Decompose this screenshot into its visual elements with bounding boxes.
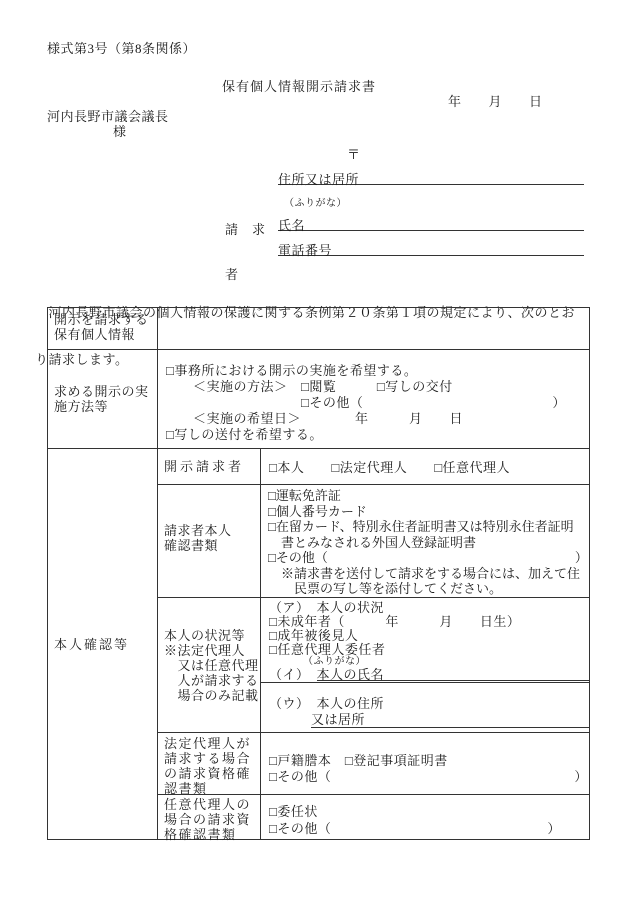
- row-method-label: 求める開示の実 施方法等: [48, 350, 158, 448]
- subrow-identity-docs: 請求者本人 確認書類 □運転免許証 □個人番号カード □在留カード、特別永住者証…: [158, 484, 589, 597]
- row-method-options: □事務所における開示の実施を希望する。 ＜実施の方法＞ □閲覧 □写しの交付 □…: [158, 350, 589, 448]
- principal-address-field-label: 又は居所: [311, 712, 589, 728]
- document-page: 様式第3号（第8条関係） 保有個人情報開示請求書 年 月 日 河内長野市議会議長…: [0, 0, 630, 903]
- method-option-mail: □写しの送付を希望する。: [166, 427, 589, 443]
- principal-status-label: 本人の状況等 ※法定代理人 又は任意代理 人が請求する 場合のみ記載: [158, 598, 261, 732]
- row-identity: 本人確認等 開示請求者 □本人 □法定代理人 □任意代理人 請求者本人 確認書類…: [48, 448, 589, 839]
- principal-address-field: 又は居所: [269, 712, 589, 728]
- row-method: 求める開示の実 施方法等 □事務所における開示の実施を希望する。 ＜実施の方法＞…: [48, 349, 589, 448]
- row-requested-info-label: 開示を請求する 保有個人情報: [48, 308, 158, 349]
- name-field-label: 氏名: [278, 215, 584, 231]
- identity-docs-options: □運転免許証 □個人番号カード □在留カード、特別永住者証明書又は特別永住者証明…: [261, 485, 589, 597]
- row-requested-info: 開示を請求する 保有個人情報: [48, 308, 589, 349]
- method-option-office: □事務所における開示の実施を希望する。: [166, 363, 589, 379]
- principal-name-field: （イ） 本人の氏名: [269, 668, 589, 681]
- addressee: 河内長野市議会議長: [47, 106, 169, 125]
- request-form-table: 開示を請求する 保有個人情報 求める開示の実 施方法等 □事務所における開示の実…: [47, 307, 590, 840]
- method-option-other: □その他（ ）: [166, 395, 589, 411]
- document-title: 保有個人情報開示請求書: [222, 76, 376, 95]
- voluntary-rep-docs-options: □委任状 □その他（ ）: [261, 795, 589, 839]
- phone-field-label: 電話番号: [278, 240, 584, 256]
- subrow-legal-rep-docs: 法定代理人が 請求する場合 の請求資格確 認書類 □戸籍謄本 □登記事項証明書 …: [158, 732, 589, 794]
- date-line: 年 月 日: [448, 91, 543, 110]
- identity-docs-label: 請求者本人 確認書類: [158, 485, 261, 597]
- phone-field: 電話番号: [278, 240, 584, 256]
- principal-status-section-u: （ウ） 本人の住所 又は居所: [261, 683, 589, 732]
- method-option-date: ＜実施の希望日＞ 年 月 日: [166, 411, 589, 427]
- name-field: 氏名: [278, 215, 584, 231]
- subrow-requester-type: 開示請求者 □本人 □法定代理人 □任意代理人: [158, 449, 589, 484]
- postal-mark-icon: 〒: [347, 144, 361, 163]
- form-number: 様式第3号（第8条関係）: [47, 38, 196, 57]
- requester-label-line1: 請 求: [225, 222, 266, 237]
- subrow-voluntary-rep-docs: 任意代理人の 場合の請求資 格確認書類 □委任状 □その他（ ）: [158, 794, 589, 839]
- principal-name-field-label: 本人の氏名: [317, 668, 589, 681]
- address-field-label: 住所又は居所: [278, 169, 584, 185]
- address-field: 住所又は居所: [278, 169, 584, 185]
- principal-furigana-label: （ふりがな）: [303, 657, 589, 667]
- legal-rep-docs-label: 法定代理人が 請求する場合 の請求資格確 認書類: [158, 733, 261, 794]
- row-identity-label: 本人確認等: [48, 449, 158, 839]
- principal-address-line: （ウ） 本人の住所: [269, 696, 589, 712]
- requester-type-options: □本人 □法定代理人 □任意代理人: [261, 449, 589, 484]
- identity-inner-table: 開示請求者 □本人 □法定代理人 □任意代理人 請求者本人 確認書類 □運転免許…: [158, 449, 589, 839]
- voluntary-rep-docs-label: 任意代理人の 場合の請求資 格確認書類: [158, 795, 261, 839]
- subrow-principal-status: 本人の状況等 ※法定代理人 又は任意代理 人が請求する 場合のみ記載 （ア） 本…: [158, 597, 589, 732]
- addressee-honorific: 様: [113, 121, 127, 140]
- principal-status-content: （ア） 本人の状況 □未成年者（ 年 月 日生） □成年被後見人 □任意代理人委…: [261, 598, 589, 732]
- row-requested-info-value: [158, 308, 589, 349]
- furigana-label: （ふりがな）: [284, 194, 347, 209]
- principal-status-section-a: （ア） 本人の状況 □未成年者（ 年 月 日生） □成年被後見人 □任意代理人委…: [261, 598, 589, 683]
- address-indent-spacer: [269, 712, 311, 728]
- legal-rep-docs-options: □戸籍謄本 □登記事項証明書 □その他（ ）: [261, 733, 589, 794]
- requester-type-label: 開示請求者: [158, 449, 261, 484]
- method-option-how: ＜実施の方法＞ □閲覧 □写しの交付: [166, 379, 589, 395]
